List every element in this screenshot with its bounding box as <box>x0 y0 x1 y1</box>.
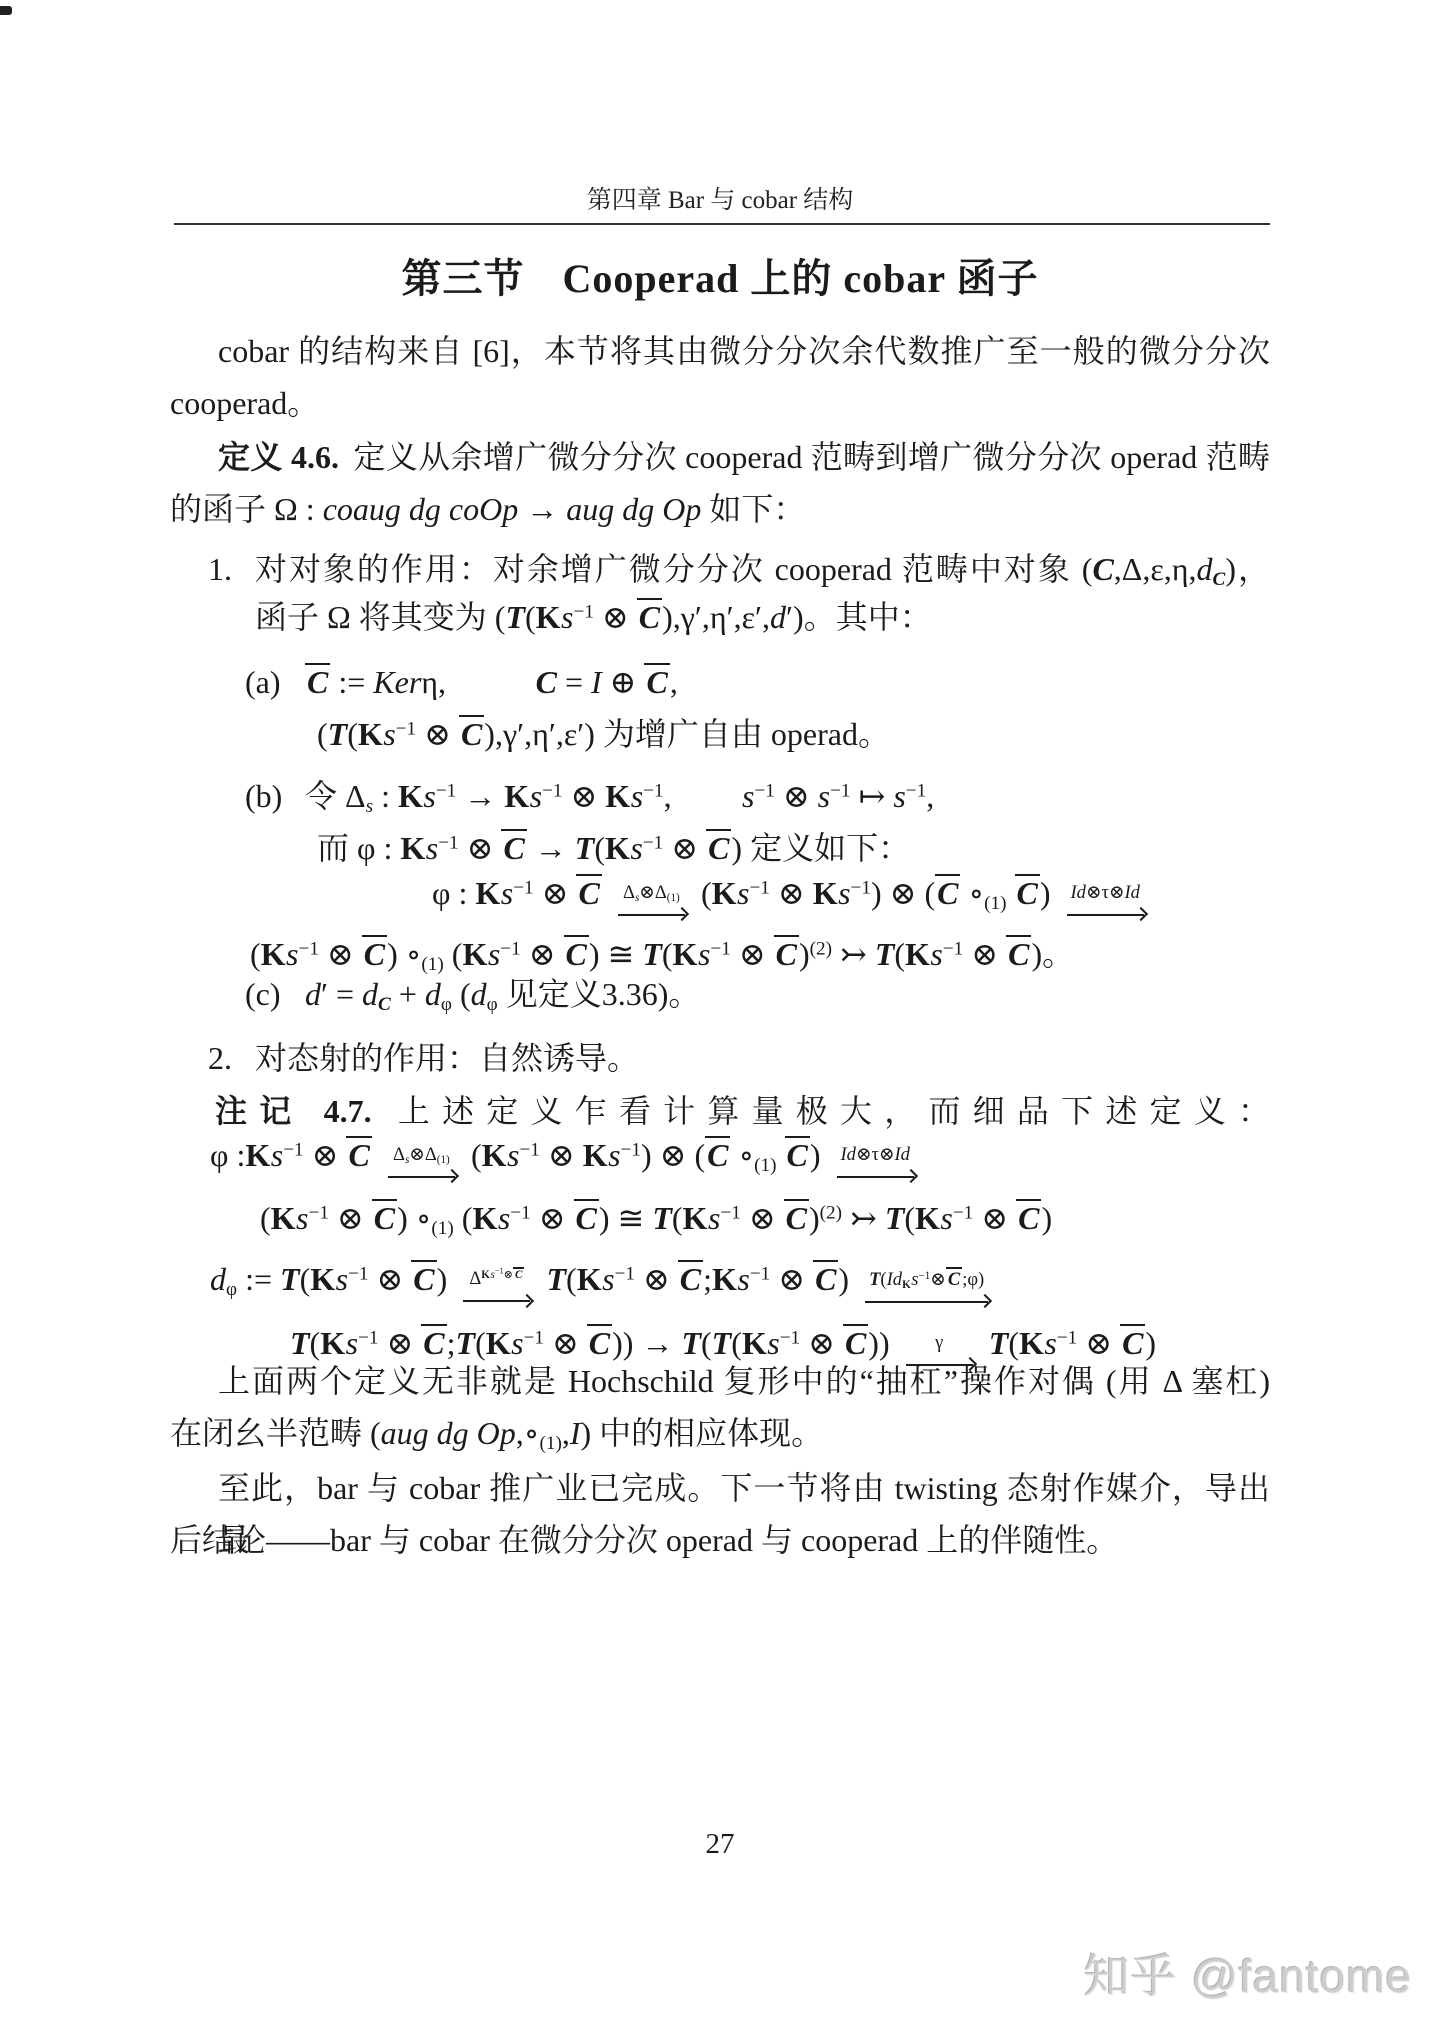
list-item-number: 2. <box>208 1032 232 1084</box>
sublist-item-text: C := Kerη,C = I ⊕ C, <box>305 664 678 700</box>
sublist-item-number: (b) <box>245 770 282 822</box>
section-name: Cooperad 上的 cobar 函子 <box>563 256 1039 301</box>
list-item: 1.对对象的作用：对余增广微分分次 cooperad 范畴中对象 (C,Δ,ε,… <box>170 543 1270 595</box>
paragraph-line: cobar 的结构来自 [6]，本节将其由微分分次余代数推广至一般的微分分次 <box>170 325 1270 377</box>
equation-line: (Ks−1 ⊗ C) ∘(1) (Ks−1 ⊗ C) ≅ T(Ks−1 ⊗ C)… <box>170 1192 1270 1244</box>
section-title: 第三节Cooperad 上的 cobar 函子 <box>170 247 1270 304</box>
sublist-item-number: (c) <box>245 968 281 1020</box>
definition-line: 定义 4.6.定义从余增广微分分次 cooperad 范畴到增广微分分次 ope… <box>170 431 1270 483</box>
sublist-item-text: 令 Δs : Ks−1 → Ks−1 ⊗ Ks−1,s−1 ⊗ s−1 ↦ s−… <box>305 778 934 814</box>
paragraph-line: 上面两个定义无非就是 Hochschild 复形中的“抽杠”操作对偶 (用 Δ … <box>170 1355 1270 1407</box>
sublist-item: (c)d′ = dC + dφ (dφ 见定义3.36)。 <box>170 968 1270 1020</box>
header-rule <box>174 223 1270 225</box>
running-header: 第四章 Bar 与 cobar 结构 <box>170 180 1270 216</box>
sublist-item-continuation: (T(Ks−1 ⊗ C),γ′,η′,ε′) 为增广自由 operad。 <box>170 708 1270 760</box>
document-body: 第四章 Bar 与 cobar 结构 第三节Cooperad 上的 cobar … <box>170 0 1270 2044</box>
watermark: 知乎 @fantome <box>1083 1940 1412 2006</box>
section-number: 第三节 <box>402 256 525 301</box>
paragraph-line: 在闭幺半范畴 (aug dg Op,∘(1),I) 中的相应体现。 <box>170 1407 1270 1459</box>
list-item: 2.对态射的作用：自然诱导。 <box>170 1032 1270 1084</box>
sublist-item: (b)令 Δs : Ks−1 → Ks−1 ⊗ Ks−1,s−1 ⊗ s−1 ↦… <box>170 770 1270 822</box>
paragraph-line: 后结论——bar 与 cobar 在微分分次 operad 与 cooperad… <box>170 1514 1270 1566</box>
equation-line: φ : Ks−1 ⊗ C Δs⊗Δ(1) (Ks−1 ⊗ Ks−1) ⊗ (C … <box>170 862 1270 924</box>
sublist-item-text: d′ = dC + dφ (dφ 见定义3.36)。 <box>305 976 700 1012</box>
document-page: 第四章 Bar 与 cobar 结构 第三节Cooperad 上的 cobar … <box>0 0 1440 2044</box>
list-item-number: 1. <box>208 543 232 595</box>
scan-artifact <box>0 6 12 15</box>
paragraph-line: cooperad。 <box>170 377 1270 429</box>
list-item-text: 对对象的作用：对余增广微分分次 cooperad 范畴中对象 (C,Δ,ε,η,… <box>255 551 1270 587</box>
page-number: 27 <box>170 1828 1270 1861</box>
sublist-item-number: (a) <box>245 656 281 708</box>
definition-text: 定义从余增广微分分次 cooperad 范畴到增广微分分次 operad 范畴 <box>353 439 1270 475</box>
equation-line: φ :Ks−1 ⊗ C Δs⊗Δ(1) (Ks−1 ⊗ Ks−1) ⊗ (C ∘… <box>170 1124 1270 1186</box>
definition-line: 的函子 Ω : coaug dg coOp → aug dg Op 如下： <box>170 483 1270 535</box>
equation-line: dφ := T(Ks−1 ⊗ C) ΔKs−1⊗C T(Ks−1 ⊗ C;Ks−… <box>170 1248 1270 1310</box>
list-item-text: 对态射的作用：自然诱导。 <box>255 1040 639 1076</box>
list-item-continuation: 函子 Ω 将其变为 (T(Ks−1 ⊗ C),γ′,η′,ε′,d′)。其中： <box>170 591 1270 643</box>
sublist-item: (a)C := Kerη,C = I ⊕ C, <box>170 656 1270 708</box>
definition-label: 定义 4.6. <box>218 439 339 475</box>
